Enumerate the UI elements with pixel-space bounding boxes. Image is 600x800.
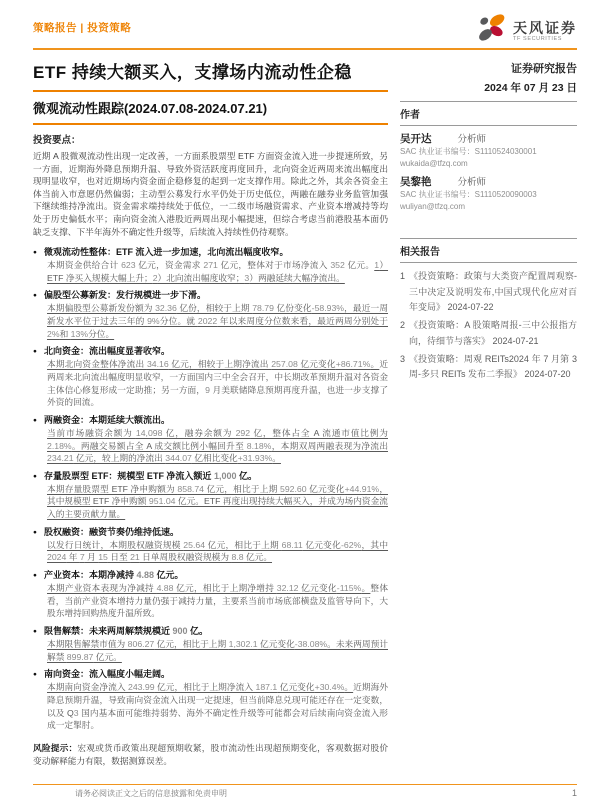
section-heading: 两融资金：本期延续大额流出。 [44, 414, 170, 427]
section-list: ● 微观流动性整体：ETF 流入进一步加速，北向流出幅度收窄。 本期资金供给合计… [33, 246, 388, 732]
section-heading: 存量股票型 ETF：规模型 ETF 净流入额近 1,000 亿。 [44, 470, 257, 483]
related-report-index: 3 [400, 352, 405, 383]
related-report-index: 1 [400, 269, 405, 315]
section-body-segment: 以发行日统计，本期股权融资规模 25.64 亿元，相比于上期 68.11 亿元变… [47, 540, 388, 563]
author-sac-number: SAC 执业证书编号：S1110520090003 [400, 189, 577, 201]
brand-name-en: TF SECURITIES [513, 37, 577, 43]
section-body: 本期产业资本表现为净减持 4.88 亿元，相比于上期净增持 32.12 亿元变化… [47, 582, 388, 620]
bullet-section: ● 产业资本：本期净减持 4.88 亿元。 本期产业资本表现为净减持 4.88 … [33, 569, 388, 620]
related-report-item: 3 《投资策略：周观 REITs2024 年 7 月第 3 周-多只 REITs… [400, 352, 577, 383]
section-body: 本期存量股票型 ETF 净申购额为 858.74 亿元，相比于上期 592.60… [47, 483, 388, 521]
section-body-segment: 本期北向资金整体净流出 34.16 亿元，相较于上期净流出 257.08 亿元变… [47, 359, 379, 369]
risk-paragraph: 风险提示：宏观或货币政策出现超预期收紧，股市流动性出现超预期变化，客观数据对股价… [33, 742, 388, 768]
bullet-icon: ● [33, 628, 37, 635]
section-body: 本期资金供给合计 623 亿元，资金需求 271 亿元，整体对于市场净流入 35… [47, 259, 388, 285]
bullet-section: ● 北向资金：流出幅度显著收窄。 本期北向资金整体净流出 34.16 亿元，相较… [33, 345, 388, 409]
bullet-icon: ● [33, 572, 37, 579]
section-body: 当前市场融资余额为 14,098 亿，融券余额为 292 亿，整体占全 A 流通… [47, 427, 388, 465]
bullet-section: ● 限售解禁：未来两周解禁规模近 900 亿。 本期限售解禁市值为 806.27… [33, 625, 388, 663]
bullet-icon: ● [33, 348, 37, 355]
section-heading: 偏股型公募新发：发行规模进一步下滑。 [44, 289, 206, 302]
bullet-section: ● 南向资金：流入幅度小幅走阔。 本期南向资金净流入 243.99 亿元，相比于… [33, 668, 388, 732]
section-body: 本期偏股型公募新发份额为 32.36 亿份，相较于上期 78.79 亿份变化-5… [47, 302, 388, 340]
authors-divider [400, 125, 577, 126]
bullet-icon: ● [33, 249, 37, 256]
author-role: 分析师 [458, 131, 487, 145]
sidebar: 证券研究报告 2024 年 07 月 23 日 作者 吴开达 分析师 SAC 执… [400, 56, 577, 768]
bullet-section: ● 存量股票型 ETF：规模型 ETF 净流入额近 1,000 亿。 本期存量股… [33, 470, 388, 521]
related-divider-bottom [400, 262, 577, 263]
page-number: 1 [572, 788, 577, 799]
bullet-icon: ● [33, 671, 37, 678]
bullet-section: ● 两融资金：本期延续大额流出。 当前市场融资余额为 14,098 亿，融券余额… [33, 414, 388, 465]
author-sac-number: SAC 执业证书编号：S1110524030001 [400, 146, 577, 158]
author-item: 吴开达 分析师 SAC 执业证书编号：S1110524030001 wukaid… [400, 131, 577, 169]
brand-name: 天风证券 TF SECURITIES [513, 21, 577, 43]
bullet-icon: ● [33, 292, 37, 299]
bullet-icon: ● [33, 473, 37, 480]
author-item: 吴黎艳 分析师 SAC 执业证书编号：S1110520090003 wuliya… [400, 174, 577, 212]
author-email: wuliyan@tfzq.com [400, 201, 577, 213]
main-column: ETF 持续大额买入，支撑场内流动性企稳 微观流动性跟踪(2024.07.08-… [33, 56, 388, 768]
bullet-icon: ● [33, 529, 37, 536]
section-body-segment: 本期南向资金净流入 243.99 亿元，相比于上期净流入 187.1 亿元变化+… [47, 682, 353, 692]
section-heading: 股权融资：融资节奏仍维持低速。 [44, 526, 179, 539]
bullet-section: ● 微观流动性整体：ETF 流入进一步加速，北向流出幅度收窄。 本期资金供给合计… [33, 246, 388, 284]
top-bar: 策略报告 | 投资策略 天风证券 TF SECURITIES [33, 12, 577, 48]
bullet-icon: ● [33, 417, 37, 424]
author-role: 分析师 [458, 174, 487, 188]
subtitle-divider [33, 123, 388, 125]
author-name: 吴黎艳 [400, 174, 432, 189]
related-report-title: 《投资策略：周观 REITs2024 年 7 月第 3 周-多只 REITs 发… [409, 352, 577, 383]
report-page: 策略报告 | 投资策略 天风证券 TF SECURITIES ETF 持续大额买… [0, 0, 600, 768]
related-report-title: 《投资策略：政策与大类资产配置周观察-三中决定及说明发布,中国式现代化应对百年变… [409, 269, 577, 315]
section-heading: 产业资本：本期净减持 4.88 亿元。 [44, 569, 184, 582]
section-heading: 北向资金：流出幅度显著收窄。 [44, 345, 170, 358]
section-body-segment: 本期偏股型公募新发份额为 32.36 亿份，相较于上期 78.79 亿份变化-5… [47, 303, 388, 339]
section-body: 以发行日统计，本期股权融资规模 25.64 亿元，相比于上期 68.11 亿元变… [47, 539, 388, 565]
author-name: 吴开达 [400, 131, 432, 146]
related-reports: 相关报告 1 《投资策略：政策与大类资产配置周观察-三中决定及说明发布,中国式现… [400, 238, 577, 382]
footer-disclaimer: 请务必阅读正文之后的信息披露和免责申明 [75, 788, 227, 799]
author-list: 吴开达 分析师 SAC 执业证书编号：S1110524030001 wukaid… [400, 131, 577, 212]
section-heading: 限售解禁：未来两周解禁规模近 900 亿。 [44, 625, 208, 638]
section-body-segment: 本期存量股票型 ETF 净申购额为 858.74 亿元，相比于上期 592.60… [47, 484, 388, 520]
related-heading: 相关报告 [400, 239, 577, 262]
report-title: ETF 持续大额买入，支撑场内流动性企稳 [33, 56, 388, 90]
report-category: 策略报告 | 投资策略 [33, 20, 131, 35]
bullet-section: ● 股权融资：融资节奏仍维持低速。 以发行日统计，本期股权融资规模 25.64 … [33, 526, 388, 564]
page-footer: 请务必阅读正文之后的信息披露和免责申明 1 [33, 784, 577, 800]
authors-heading: 作者 [400, 102, 577, 125]
risk-text: 宏观或货币政策出现超预期收紧，股市流动性出现超预期变化，客观数据对股价变动解释能… [33, 743, 388, 766]
section-heading: 微观流动性整体：ETF 流入进一步加速，北向流出幅度收窄。 [44, 246, 289, 259]
related-report-title: 《投资策略：A 股策略周报-三中公报指方向，待细节与落实》 2024-07-21 [409, 318, 577, 349]
related-report-item: 2 《投资策略：A 股策略周报-三中公报指方向，待细节与落实》 2024-07-… [400, 318, 577, 349]
brand-name-cn: 天风证券 [513, 21, 577, 35]
summary-paragraph: 近期 A 股微观流动性出现一定改善，一方面系股票型 ETF 方面资金流入进一步提… [33, 150, 388, 238]
section-heading: 南向资金：流入幅度小幅走阔。 [44, 668, 170, 681]
report-subtitle: 微观流动性跟踪(2024.07.08-2024.07.21) [33, 92, 388, 123]
section-body-segment: 本期限售解禁市值为 806.27 亿元，相比于上期 1,302.1 亿元变化-3… [47, 639, 388, 662]
related-report-index: 2 [400, 318, 405, 349]
section-body-segment: 本期产业资本表现为净减持 4.88 亿元，相比于上期净增持 32.12 亿元变化… [47, 583, 370, 593]
section-body-segment: 本期资金供给合计 623 亿元，资金需求 271 亿元，整体对于市场净流入 35… [47, 260, 374, 270]
keypoints-label: 投资要点： [33, 132, 388, 146]
related-report-list: 1 《投资策略：政策与大类资产配置周观察-三中决定及说明发布,中国式现代化应对百… [400, 269, 577, 382]
report-type: 证券研究报告 [400, 56, 577, 76]
section-body: 本期北向资金整体净流出 34.16 亿元，相较于上期净流出 257.08 亿元变… [47, 358, 388, 409]
section-body: 本期限售解禁市值为 806.27 亿元，相比于上期 1,302.1 亿元变化-3… [47, 638, 388, 664]
tf-petals-icon [478, 14, 508, 49]
report-date: 2024 年 07 月 23 日 [400, 76, 577, 101]
risk-label: 风险提示： [33, 743, 77, 753]
author-email: wukaida@tfzq.com [400, 158, 577, 170]
section-body: 本期南向资金净流入 243.99 亿元，相比于上期净流入 187.1 亿元变化+… [47, 681, 388, 732]
related-report-item: 1 《投资策略：政策与大类资产配置周观察-三中决定及说明发布,中国式现代化应对百… [400, 269, 577, 315]
section-body-segment: 当前市场融资余额为 14,098 亿，融券余额为 292 亿，整体占全 A 流通… [47, 428, 388, 464]
brand-logo: 天风证券 TF SECURITIES [478, 14, 577, 49]
bullet-section: ● 偏股型公募新发：发行规模进一步下滑。 本期偏股型公募新发份额为 32.36 … [33, 289, 388, 340]
